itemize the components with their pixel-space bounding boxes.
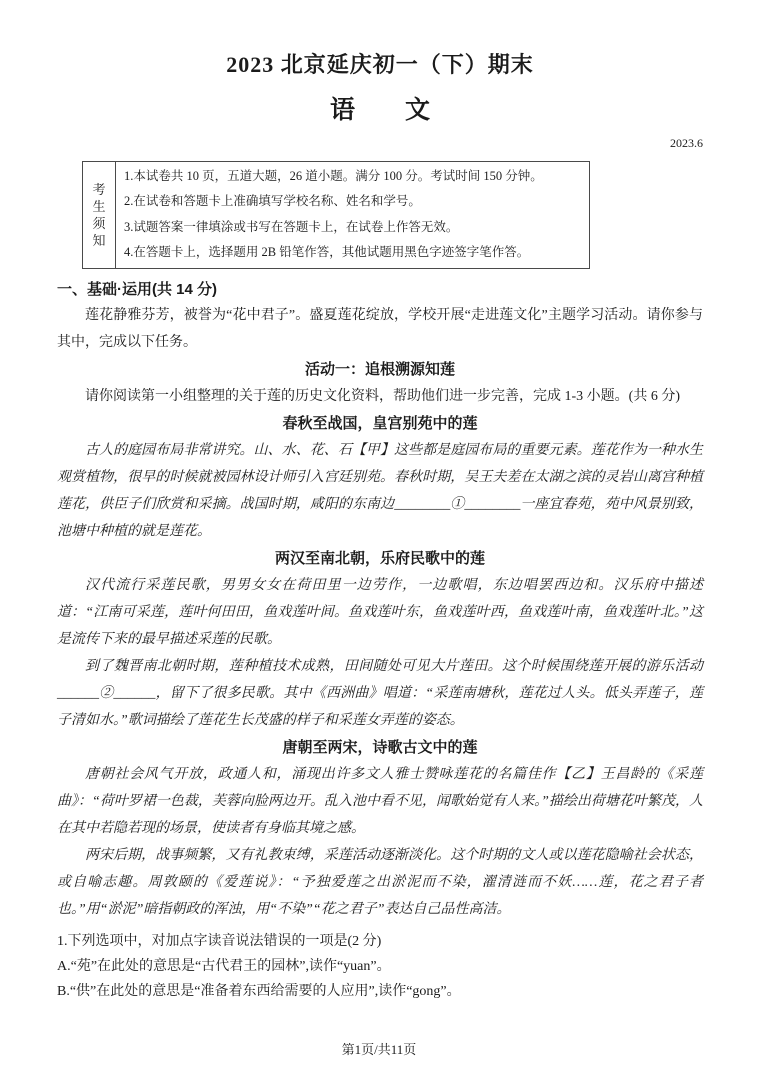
material-heading-tang-song: 唐朝至两宋，诗歌古文中的莲 <box>57 734 703 761</box>
notice-label-cell: 考生须知 <box>83 162 116 268</box>
notice-items: 1.本试卷共 10 页，五道大题，26 道小题。满分 100 分。考试时间 15… <box>116 162 589 268</box>
activity-intro-paragraph: 请你阅读第一小组整理的关于莲的历史文化资料，帮助他们进一步完善，完成 1-3 小… <box>57 383 703 410</box>
question-1-option-b: B.“供”在此处的意思是“准备着东西给需要的人应用”,读作“gong”。 <box>57 979 703 1004</box>
candidate-notice-box: 考生须知 1.本试卷共 10 页，五道大题，26 道小题。满分 100 分。考试… <box>82 161 590 269</box>
doc-subject: 语 文 <box>57 94 703 126</box>
section-intro-paragraph: 莲花静雅芬芳，被誉为“花中君子”。盛夏莲花绽放，学校开展“走进莲文化”主题学习活… <box>57 302 703 356</box>
doc-title: 2023 北京延庆初一（下）期末 <box>57 50 703 80</box>
material-paragraph-han-2: 到了魏晋南北朝时期，莲种植技术成熟，田间随处可见大片莲田。这个时候围绕莲开展的游… <box>57 653 703 734</box>
material-paragraph-spring-warring: 古人的庭园布局非常讲究。山、水、花、石【甲】这些都是庭园布局的重要元素。莲花作为… <box>57 437 703 545</box>
notice-item-1: 1.本试卷共 10 页，五道大题，26 道小题。满分 100 分。考试时间 15… <box>124 164 581 189</box>
notice-item-2: 2.在试卷和答题卡上准确填写学校名称、姓名和学号。 <box>124 189 581 214</box>
activity-one-heading: 活动一：追根溯源知莲 <box>57 356 703 383</box>
notice-label-text: 考生须知 <box>92 181 106 249</box>
material-paragraph-tang-1: 唐朝社会风气开放，政通人和，涌现出许多文人雅士赞咏莲花的名篇佳作【乙】王昌龄的《… <box>57 761 703 842</box>
doc-date: 2023.6 <box>57 136 703 151</box>
question-1-stem: 1.下列选项中，对加点字读音说法错误的一项是(2 分) <box>57 929 703 954</box>
section-one-heading: 一、基础·运用(共 14 分) <box>57 278 703 302</box>
material-heading-han-dynasties: 两汉至南北朝，乐府民歌中的莲 <box>57 545 703 572</box>
material-paragraph-han-1: 汉代流行采莲民歌，男男女女在荷田里一边劳作，一边歌唱，东边唱罢西边和。汉乐府中描… <box>57 572 703 653</box>
material-heading-spring-warring: 春秋至战国，皇宫别苑中的莲 <box>57 410 703 437</box>
exam-paper-page: 2023 北京延庆初一（下）期末 语 文 2023.6 考生须知 1.本试卷共 … <box>0 0 758 1072</box>
page-number-footer: 第1页/共11页 <box>0 1042 758 1058</box>
material-paragraph-tang-2: 两宋后期，战事频繁，又有礼教束缚，采莲活动逐渐淡化。这个时期的文人或以莲花隐喻社… <box>57 842 703 923</box>
notice-item-3: 3.试题答案一律填涂或书写在答题卡上，在试卷上作答无效。 <box>124 215 581 240</box>
question-1-option-a: A.“苑”在此处的意思是“古代君王的园林”,读作“yuan”。 <box>57 954 703 979</box>
notice-item-4: 4.在答题卡上，选择题用 2B 铅笔作答，其他试题用黑色字迹签字笔作答。 <box>124 240 581 265</box>
